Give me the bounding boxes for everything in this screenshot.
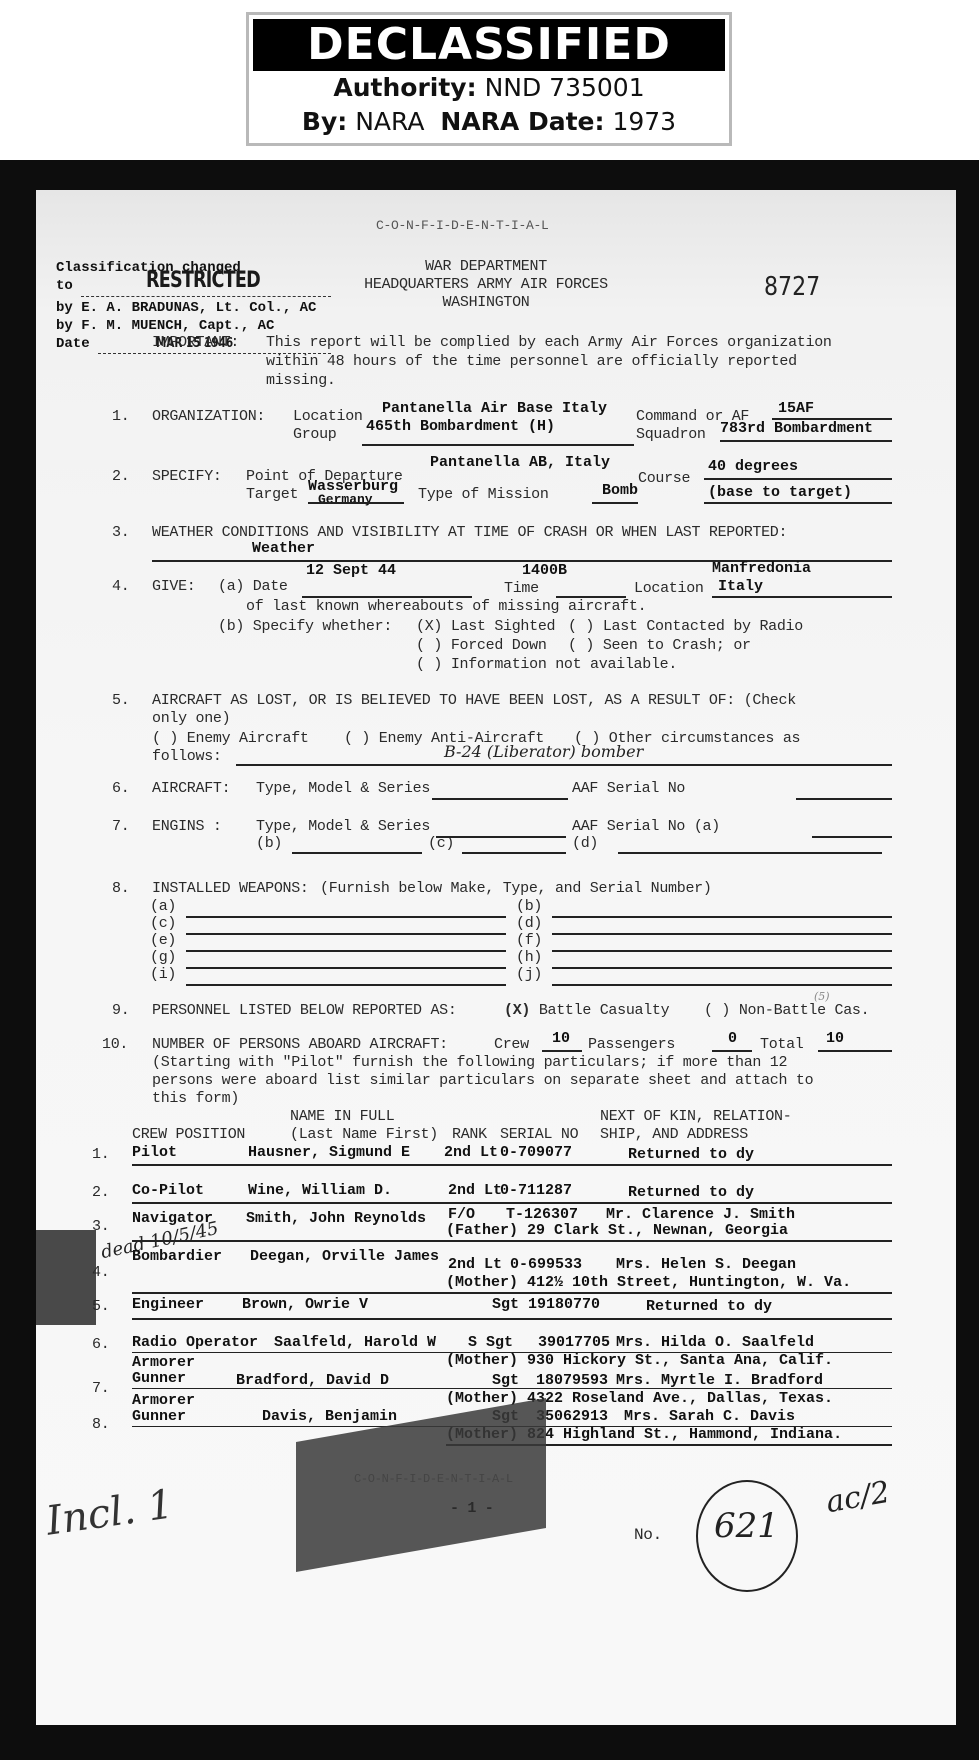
crew-name: Davis, Benjamin [262,1408,397,1425]
report-number: 8727 [764,272,820,302]
s8-label: INSTALLED WEAPONS: [152,880,309,897]
crew-serial: 39017705 [538,1334,610,1351]
dept-line-3: WASHINGTON [336,294,636,311]
s7-c-field[interactable] [462,852,566,854]
important-line-3: missing. [266,372,336,389]
s1-group-label: Group [293,426,337,443]
s5-label: AIRCRAFT AS LOST, OR IS BELIEVED TO HAVE… [152,692,796,709]
row-num: 8. [92,1416,109,1433]
s6-num: 6. [112,780,129,797]
s4-location-value: Manfredonia [712,560,811,577]
s1-squadron-label: Squadron [636,426,706,443]
s7-serial-a-field[interactable] [812,836,892,838]
s6-label: AIRCRAFT: [152,780,230,797]
crew-serial: 35062913 [536,1408,608,1425]
weapon-i-field[interactable] [186,984,506,986]
crew-kin: Returned to dy [628,1184,754,1201]
s2-target-country: Germany [318,492,373,507]
crew-rank: 2nd Lt [448,1182,502,1199]
s1-command-value: 15AF [778,400,814,417]
s4-a-label: (a) Date [218,578,288,595]
s10-passengers-value: 0 [728,1030,737,1047]
crew-name: Deegan, Orville James [250,1248,439,1265]
crew-serial: 0-699533 [510,1256,582,1273]
crew-rank: F/O [448,1206,475,1223]
crew-kin-address: (Father) 29 Clark St., Newnan, Georgia [446,1222,788,1239]
by-line-2: by F. M. MUENCH, Capt., AC [56,318,274,334]
crew-kin: Mrs. Hilda O. Saalfeld [616,1334,814,1351]
crew-rank: Sgt [492,1296,519,1313]
row-divider [132,1352,892,1353]
s2-course-underline [704,478,892,480]
crew-serial: 19180770 [528,1296,600,1313]
crew-rank: 2nd Lt [448,1256,502,1273]
dept-line-1: WAR DEPARTMENT [336,258,636,275]
s10-num: 10. [102,1036,128,1053]
s8-left-labels: (a)(c)(e)(g)(i) [150,898,176,983]
s10-note-2: persons were aboard list similar particu… [152,1072,813,1089]
restricted-stamp: RESTRICTED [146,268,260,293]
crew-position-line-1: Armorer [132,1392,195,1409]
confidential-banner: C-O-N-F-I-D-E-N-T-I-A-L [376,218,549,233]
s7-b-field[interactable] [292,852,422,854]
crew-serial: 0-709077 [500,1144,572,1161]
s6-serial-label: AAF Serial No [572,780,685,797]
s6-serial-field[interactable] [796,798,892,800]
s5-opt-enemy-aircraft[interactable]: ( ) Enemy Aircraft [152,730,309,747]
row-num: 6. [92,1336,109,1353]
s4-opt-radio[interactable]: ( ) Last Contacted by Radio [568,618,803,635]
s1-label: ORGANIZATION: [152,408,265,425]
s8-right-labels: (b)(d)(f)(h)(j) [516,898,542,983]
no-label: No. [634,1526,662,1544]
crew-kin: Returned to dy [646,1298,772,1315]
s7-type-field[interactable] [436,836,566,838]
s7-serial-label: AAF Serial No (a) [572,818,720,835]
dept-line-2: HEADQUARTERS ARMY AIR FORCES [326,276,646,293]
crew-kin: Mrs. Sarah C. Davis [624,1408,795,1425]
crew-serial: 18079593 [536,1372,608,1389]
crew-name: Hausner, Sigmund E [248,1144,410,1161]
s10-crew-underline [542,1050,582,1052]
s4-opt-info-na[interactable]: ( ) Information not available. [416,656,677,673]
s1-group-underline [362,444,634,446]
s7-d-label: (d) [572,835,598,852]
important-line-1: This report will be complied by each Arm… [266,334,832,351]
crew-position: Radio Operator [132,1334,258,1351]
s10-crew-value: 10 [552,1030,570,1047]
weapon-g-field[interactable] [186,967,506,969]
s2-mission-label: Type of Mission [418,486,549,503]
crew-kin: Mrs. Myrtle I. Bradford [616,1372,823,1389]
row-divider [132,1202,892,1204]
s10-total-value: 10 [826,1030,844,1047]
s2-mission-underline [592,502,638,504]
col-header-position: CREW POSITION [132,1126,245,1143]
crew-position: Gunner [132,1408,186,1425]
crew-name: Wine, William D. [248,1182,392,1199]
row-num: 2. [92,1184,109,1201]
crew-kin-address: (Mother) 930 Hickory St., Santa Ana, Cal… [446,1352,833,1369]
row-divider [132,1240,892,1242]
col-header-kin-2: SHIP, AND ADDRESS [600,1126,748,1143]
crew-serial: 0-711287 [500,1182,572,1199]
s5-follows-underline [236,764,892,766]
crew-kin: Mr. Clarence J. Smith [606,1206,795,1223]
row-num: 7. [92,1380,109,1397]
s6-type-field[interactable] [432,798,568,800]
s7-d-field[interactable] [618,852,882,854]
s10-total-underline [818,1050,892,1052]
col-header-name-1: NAME IN FULL [290,1108,394,1125]
to-label: to [56,278,73,294]
s9-opt-battle[interactable]: (X) Battle Casualty [504,1002,669,1019]
s10-crew-label: Crew [494,1036,529,1053]
circled-s-annotation: (5) [814,990,830,1003]
s4-location-country: Italy [718,578,763,595]
declassified-stamp: DECLASSIFIED Authority: NND 735001 By: N… [246,12,732,146]
s2-target-label: Target [246,486,298,503]
row-divider [132,1388,892,1389]
crew-kin: Returned to dy [628,1146,754,1163]
s5-num: 5. [112,692,129,709]
s2-departure-value: Pantanella AB, Italy [430,454,610,471]
crew-serial: T-126307 [506,1206,578,1223]
film-damage-left [36,1230,96,1325]
page-number: - 1 - [450,1500,494,1517]
crew-rank: S Sgt [468,1334,513,1351]
s2-course-label: Course [638,470,690,487]
s7-type-label: Type, Model & Series [256,818,430,835]
crew-name: Smith, John Reynolds [246,1210,426,1227]
weapon-d-field[interactable] [552,933,892,935]
stamp-title: DECLASSIFIED [253,19,725,71]
s9-num: 9. [112,1002,129,1019]
s2-num: 2. [112,468,129,485]
stamp-authority: Authority: NND 735001 [249,71,729,105]
row-divider [132,1292,892,1294]
s4-opt-last-sighted[interactable]: (X) Last Sighted [416,618,555,635]
crew-position: Bombardier [132,1248,222,1265]
s2-target-underline [308,502,404,504]
weapon-a-field[interactable] [186,916,506,918]
crew-position-line-1: Armorer [132,1354,195,1371]
crew-position: Pilot [132,1144,177,1161]
s4-opt-forced-down[interactable]: ( ) Forced Down [416,637,547,654]
crew-position: Co-Pilot [132,1182,204,1199]
s9-label: PERSONNEL LISTED BELOW REPORTED AS: [152,1002,457,1019]
s8-note: (Furnish below Make, Type, and Serial Nu… [320,880,712,897]
crew-rank: 2nd Lt [444,1144,498,1161]
s6-type-label: Type, Model & Series [256,780,430,797]
crew-name: Saalfeld, Harold W [274,1334,436,1351]
document-page: Classification changed to RESTRICTED by … [36,190,956,1725]
s4-label: GIVE: [152,578,196,595]
s4-time-label: Time [504,580,539,597]
s3-num: 3. [112,524,129,541]
s1-group-value: 465th Bombardment (H) [366,418,555,435]
to-underline [81,296,331,297]
weapon-f-field[interactable] [552,950,892,952]
s10-note-1: (Starting with "Pilot" furnish the follo… [152,1054,787,1071]
weapon-j-field[interactable] [552,984,892,986]
important-label: IMPORTANT: [152,334,239,351]
crew-name: Brown, Owrie V [242,1296,368,1313]
crew-position: Engineer [132,1296,204,1313]
weapon-h-field[interactable] [552,967,892,969]
s7-label: ENGINS : [152,818,222,835]
s10-passengers-underline [712,1050,752,1052]
s9-opt-non-battle[interactable]: ( ) Non-Battle Cas. [704,1002,869,1019]
s10-label: NUMBER OF PERSONS ABOARD AIRCRAFT: [152,1036,448,1053]
crew-name: Bradford, David D [236,1372,389,1389]
bottom-confidential-banner: C-O-N-F-I-D-E-N-T-I-A-L [354,1472,513,1486]
col-header-name-2: (Last Name First) [290,1126,438,1143]
s10-passengers-label: Passengers [588,1036,675,1053]
s1-location-value: Pantanella Air Base Italy [382,400,607,417]
s10-note-3: this form) [152,1090,239,1107]
s2-mission-value: Bomb [602,482,638,499]
weapon-c-field[interactable] [186,933,506,935]
s2-note-underline [704,502,892,504]
s4-time-value: 1400B [522,562,567,579]
no-value: 621 [714,1506,779,1546]
row-divider [132,1318,892,1320]
s8-num: 8. [112,880,129,897]
s2-course-note: (base to target) [708,484,852,501]
s2-label: SPECIFY: [152,468,222,485]
handwritten-fraction: ac/2 [823,1475,892,1521]
s4-opt-seen-crash[interactable]: ( ) Seen to Crash; or [568,637,751,654]
col-header-serial: SERIAL NO [500,1126,578,1143]
stamp-by: By: NARA NARA Date: 1973 [249,105,729,139]
s1-num: 1. [112,408,129,425]
s4-b-label: (b) Specify whether: [218,618,392,635]
s2-course-value: 40 degrees [708,458,798,475]
col-header-rank: RANK [452,1126,487,1143]
crew-kin-address: (Mother) 412½ 10th Street, Huntington, W… [446,1274,851,1291]
s1-location-label: Location [293,408,363,425]
important-line-2: within 48 hours of the time personnel ar… [266,353,797,370]
date-label: Date [56,336,90,352]
s5-follows-label: follows: [152,748,222,765]
by-line-1: by E. A. BRADUNAS, Lt. Col., AC [56,300,316,316]
col-header-kin-1: NEXT OF KIN, RELATION- [600,1108,791,1125]
crew-position: Gunner [132,1370,186,1387]
s1-squadron-underline [720,440,892,442]
s5-follows-value: B-24 (Liberator) bomber [444,742,643,761]
row-divider [132,1164,892,1166]
s4-num: 4. [112,578,129,595]
s3-label: WEATHER CONDITIONS AND VISIBILITY AT TIM… [152,524,787,541]
weapon-b-field[interactable] [552,916,892,918]
s7-num: 7. [112,818,129,835]
row-num: 1. [92,1146,109,1163]
s4-location-label: Location [634,580,704,597]
s5-label-2: only one) [152,710,230,727]
weapon-e-field[interactable] [186,950,506,952]
s3-value: Weather [252,540,315,557]
s7-b-label: (b) [256,835,282,852]
s4-date-value: 12 Sept 44 [306,562,396,579]
s4-location-underline [712,596,892,598]
s1-squadron-value: 783rd Bombardment [720,420,873,437]
crew-rank: Sgt [492,1372,519,1389]
handwritten-incl: Incl. 1 [43,1481,176,1544]
s10-total-label: Total [760,1036,804,1053]
s4-a-note: of last known whereabouts of missing air… [246,598,646,615]
crew-kin: Mrs. Helen S. Deegan [616,1256,796,1273]
